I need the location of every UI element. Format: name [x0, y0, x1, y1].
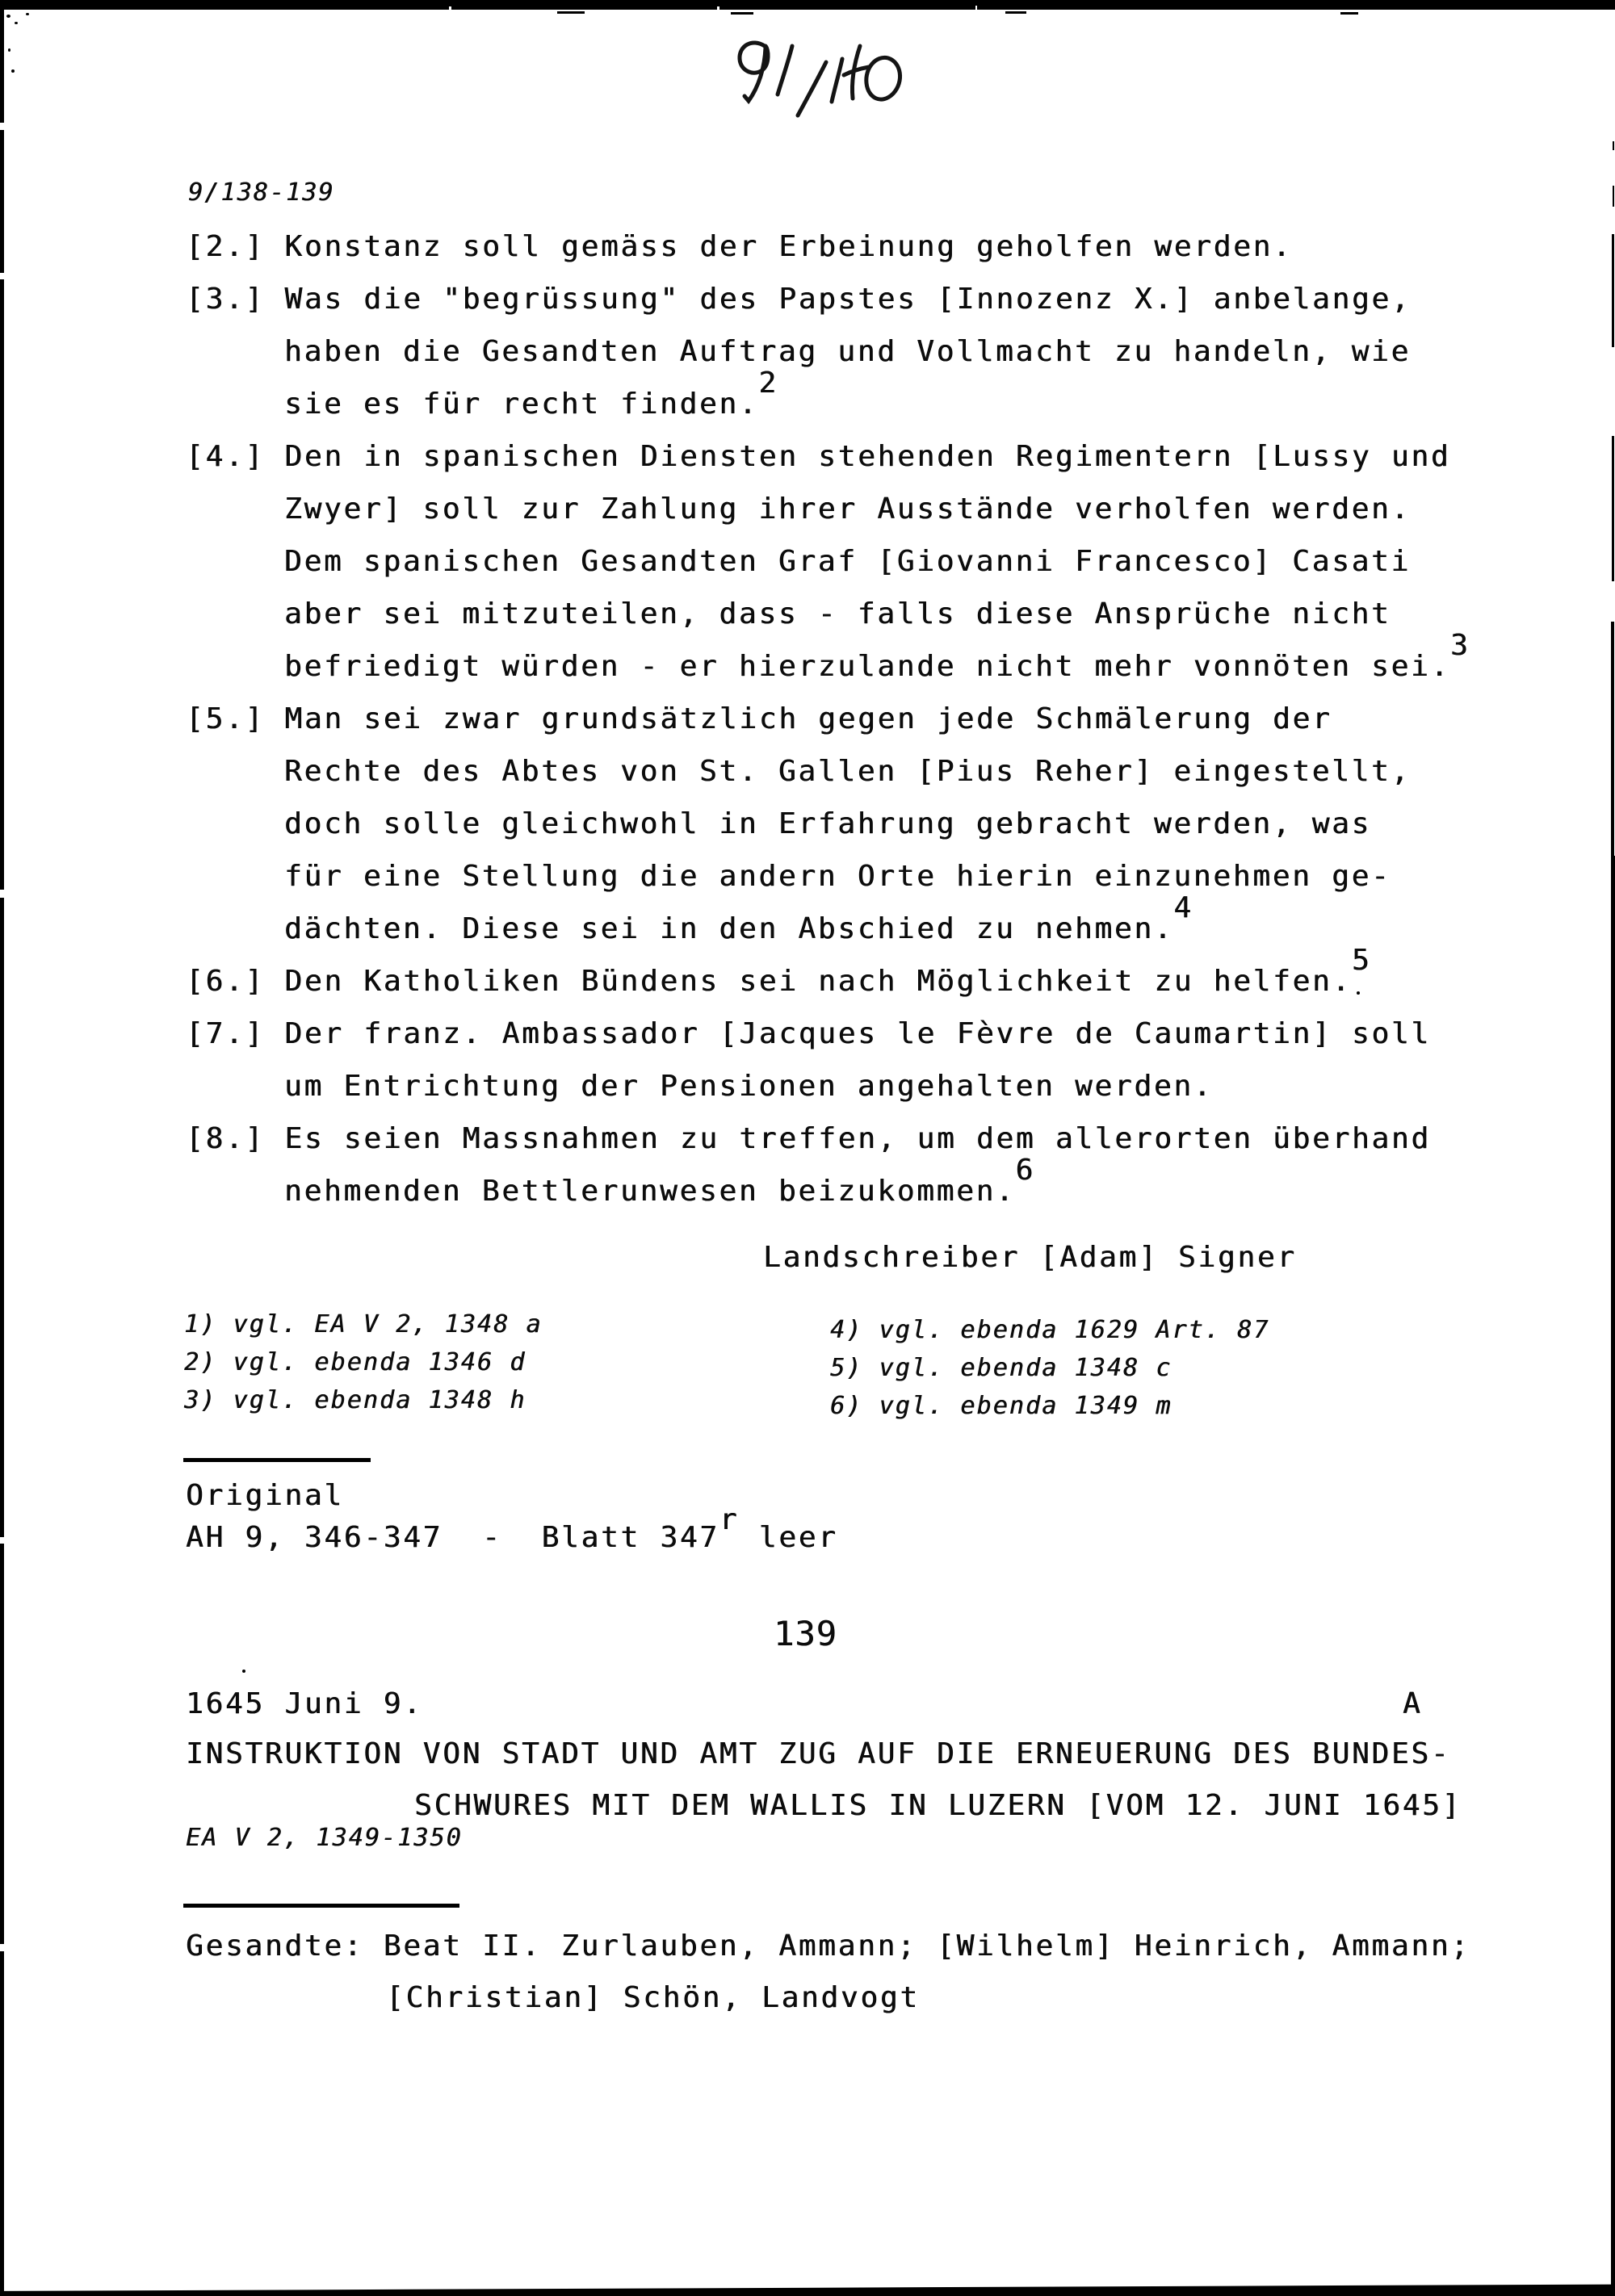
scan-speck-dash [1005, 11, 1026, 14]
body-line: sie es für recht finden.2 [284, 388, 778, 421]
scan-edge-right [1611, 622, 1614, 856]
footnote-marker: 6 [1016, 1154, 1035, 1187]
scan-speck-dash [557, 11, 585, 14]
body-line: Zwyer] soll zur Zahlung ihrer Ausstände … [284, 493, 1411, 526]
body-line: nehmenden Bettlerunwesen beizukommen.6 [284, 1175, 1035, 1208]
scan-edge-right [1613, 141, 1614, 150]
ink-speckle [11, 69, 15, 73]
body-line: Rechte des Abtes von St. Gallen [Pius Re… [284, 756, 1411, 788]
footnote: 4) vgl. ebenda 1629 Art. 87 [830, 1317, 1269, 1344]
body-line: [5.] Man sei zwar grundsätzlich gegen je… [186, 703, 1332, 735]
ink-speckle [6, 15, 10, 18]
scan-edge-bottom [0, 2283, 1615, 2296]
footnote: 6) vgl. ebenda 1349 m [830, 1393, 1172, 1420]
ink-speckle [26, 13, 29, 15]
ink-speckle [8, 48, 10, 52]
body-line: doch solle gleichwohl in Erfahrung gebra… [284, 808, 1371, 840]
footnote: 5) vgl. ebenda 1348 c [830, 1355, 1172, 1382]
entry-date: 1645 Juni 9. [186, 1688, 423, 1720]
footnote: 3) vgl. ebenda 1348 h [184, 1387, 526, 1414]
body-line: [4.] Den in spanischen Diensten stehende… [186, 441, 1450, 473]
footnote: 1) vgl. EA V 2, 1348 a [184, 1311, 543, 1339]
source-line: AH 9, 346-347 - Blatt 347r leer [186, 1522, 838, 1554]
ink-speckle [15, 22, 18, 24]
scan-speck-dash [1340, 12, 1358, 15]
source-ref: EA V 2, 1349-1350 [186, 1825, 463, 1852]
footnote-marker: 3 [1450, 629, 1470, 662]
scanned-document-page: 9/138-139 [2.] Konstanz soll gemäss der … [0, 0, 1615, 2296]
body-line: haben die Gesandten Auftrag und Vollmach… [284, 336, 1411, 368]
page-ref: 9/138-139 [188, 179, 334, 207]
body-line: dächten. Diese sei in den Abschied zu ne… [284, 913, 1193, 945]
entry-title-line: INSTRUKTION VON STADT UND AMT ZUG AUF DI… [186, 1738, 1450, 1770]
scan-edge-right [1613, 186, 1614, 207]
body-line: befriedigt würden - er hierzulande nicht… [284, 651, 1470, 683]
ink-speckle [242, 1670, 245, 1673]
body-line: Dem spanischen Gesandten Graf [Giovanni … [284, 546, 1411, 578]
body-line: für eine Stellung die andern Orte hierin… [284, 861, 1391, 893]
entry-number: 139 [774, 1618, 837, 1650]
separator-rule [183, 1458, 371, 1462]
scan-edge-right [1612, 436, 1614, 581]
body-line: [8.] Es seien Massnahmen zu treffen, um … [186, 1123, 1431, 1155]
source-label: Original [186, 1480, 344, 1512]
footnote-marker: 4 [1173, 891, 1193, 924]
scan-edge-right [1611, 856, 1615, 2291]
body-line: um Entrichtung der Pensionen angehalten … [284, 1070, 1213, 1103]
footnote: 2) vgl. ebenda 1346 d [184, 1349, 526, 1376]
gesandte-line: Gesandte: Beat II. Zurlauben, Ammann; [W… [186, 1930, 1470, 1963]
scan-edge-right [1612, 234, 1614, 347]
body-line: aber sei mitzuteilen, dass - falls diese… [284, 598, 1391, 631]
body-line: [6.] Den Katholiken Bündens sei nach Mög… [186, 966, 1371, 998]
entry-title-line: SCHWURES MIT DEM WALLIS IN LUZERN [VOM 1… [414, 1790, 1462, 1822]
signature-line: Landschreiber [Adam] Signer [763, 1242, 1297, 1274]
handwritten-number [731, 36, 908, 121]
body-line: [2.] Konstanz soll gemäss der Erbeinung … [186, 231, 1293, 263]
body-line: [3.] Was die "begrüssung" des Papstes [I… [186, 283, 1411, 316]
scan-speck-dash [731, 12, 753, 15]
entry-letter: A [1403, 1688, 1422, 1720]
footnote-marker: 5 [1352, 944, 1371, 977]
scan-edge-top [0, 0, 1615, 10]
separator-rule [183, 1904, 459, 1908]
body-line: [7.] Der franz. Ambassador [Jacques le F… [186, 1018, 1431, 1050]
recto-superscript: r [719, 1503, 739, 1536]
footnote-marker: 2 [758, 367, 778, 400]
gesandte-line: [Christian] Schön, Landvogt [386, 1982, 920, 2014]
